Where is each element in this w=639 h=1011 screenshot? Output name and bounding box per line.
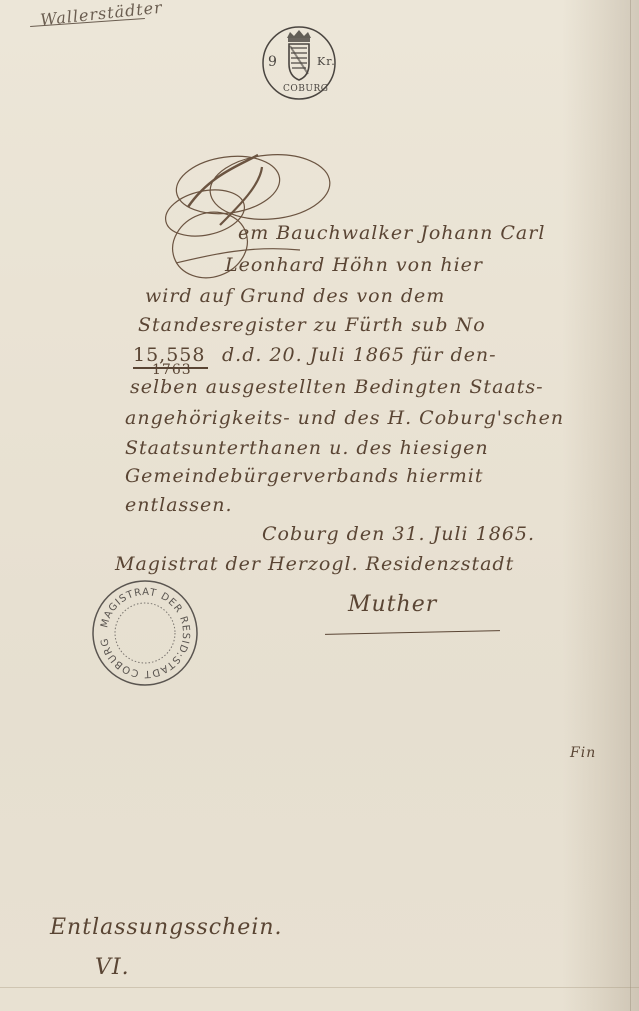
seal-bottom-text: COBURG [283,84,328,94]
footer-numeral: VI. [95,955,130,980]
svg-text:MAGISTRAT DER RESID:STADT COBU: MAGISTRAT DER RESID:STADT COBURG [99,587,191,679]
date-line: Coburg den 31. Juli 1865. [262,523,535,545]
body-line-2: Leonhard Höhn von hier [225,254,483,276]
body-line-9: Gemeindebürgerverbands hiermit [125,465,483,487]
body-line-7: angehörigkeits- und des H. Coburg'schen [125,407,564,429]
body-line-3: wird auf Grund des von dem [145,285,445,307]
top-seal-stamp: 9 Kr. COBURG [260,24,338,102]
round-seal-icon: MAGISTRAT DER RESID:STADT COBURG [90,578,200,688]
seal-right-text: Kr. [317,55,336,68]
margin-mark: Fin [570,745,596,761]
signature: Muther [348,592,437,617]
authority-line: Magistrat der Herzogl. Residenzstadt [115,553,514,575]
footer-note: Entlassungsschein. [50,915,283,940]
seal-left-text: 9 [268,54,278,70]
body-line-8: Staatsunterthanen u. des hiesigen [125,437,489,459]
body-line-5: d.d. 20. Juli 1865 für den- [222,344,497,366]
magistrate-seal-stamp: MAGISTRAT DER RESID:STADT COBURG [90,578,200,688]
body-line-10: entlassen. [125,494,233,516]
body-line-4: Standesregister zu Fürth sub No [138,314,486,336]
body-line-1: em Bauchwalker Johann Carl [238,222,545,244]
body-line-6: selben ausgestellten Bedingten Staats- [130,376,544,398]
paper-fold-line [0,987,639,988]
page-edge [630,0,631,1011]
